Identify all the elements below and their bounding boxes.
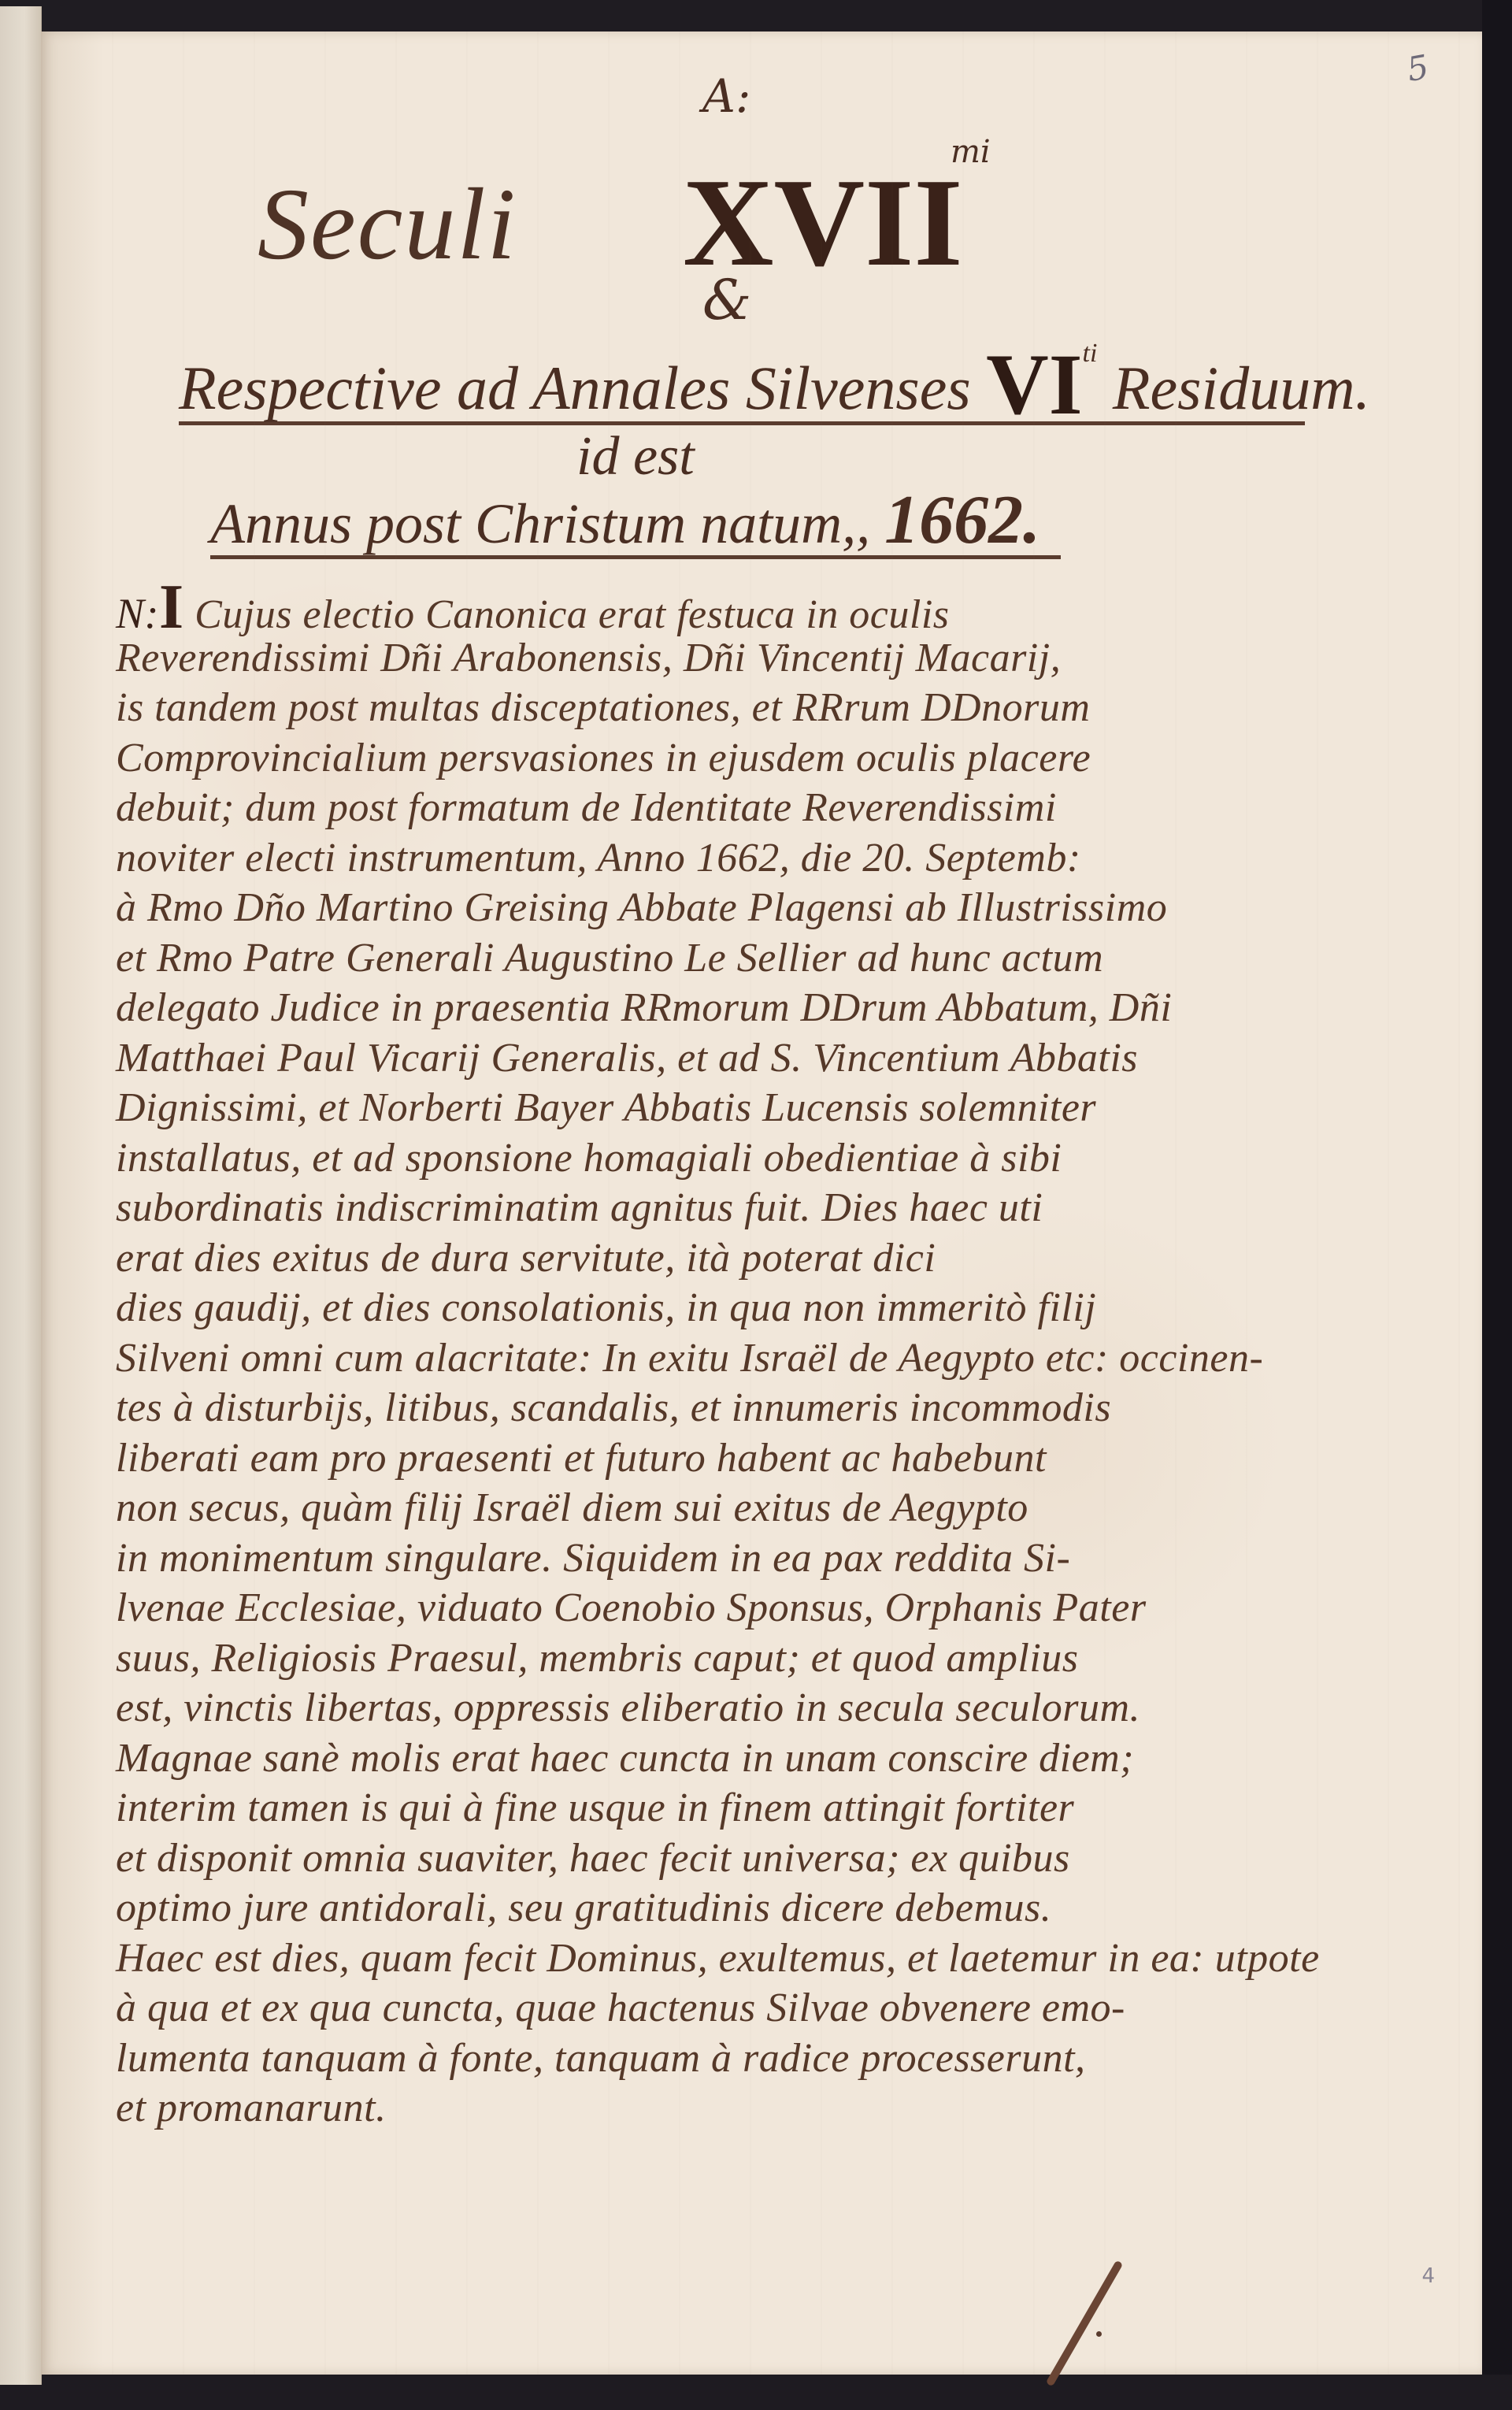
paragraph-marker: N: <box>116 590 159 637</box>
id-est: id est <box>576 425 695 488</box>
facing-page-edge <box>0 6 42 2385</box>
body-line: lvenae Ecclesiae, viduato Coenobio Spons… <box>116 1583 1344 1633</box>
year-line: Annus post Christum natum,, 1662. <box>210 480 1061 559</box>
title-word: Seculi <box>258 165 517 284</box>
closing-flourish-stroke <box>1046 2260 1124 2387</box>
body-line: dies gaudij, et dies consolationis, in q… <box>116 1283 1344 1333</box>
body-line: is tandem post multas disceptationes, et… <box>116 683 1344 733</box>
body-line: tes à disturbijs, litibus, scandalis, et… <box>116 1383 1344 1433</box>
anno-mark: A: <box>702 69 750 123</box>
body-line: Matthaei Paul Vicarij Generalis, et ad S… <box>116 1033 1344 1084</box>
folio-number: 5 <box>1404 47 1432 89</box>
title-superscript: mi <box>951 134 991 170</box>
body-line: Silveni omni cum alacritate: In exitu Is… <box>116 1333 1344 1384</box>
body-line: interim tamen is qui à fine usque in fin… <box>116 1783 1344 1833</box>
body-line: liberati eam pro praesenti et futuro hab… <box>116 1433 1344 1484</box>
body-line: Comprovincialium persvasiones in ejusdem… <box>116 733 1344 784</box>
subtitle-superscript: ti <box>1083 339 1098 368</box>
body-text: N:I Cujus electio Canonica erat festuca … <box>116 583 1344 2134</box>
body-line: est, vinctis libertas, oppressis elibera… <box>116 1683 1344 1733</box>
year: 1662. <box>884 482 1040 558</box>
body-line: et promanarunt. <box>116 2083 1344 2134</box>
body-line: in monimentum singulare. Siquidem in ea … <box>116 1533 1344 1584</box>
subtitle-post: Residuum. <box>1113 354 1370 422</box>
subtitle-pre: Respective ad Annales Silvenses <box>179 354 971 422</box>
body-line: N:I Cujus electio Canonica erat festuca … <box>116 583 1344 633</box>
year-line-text: Annus post Christum natum,, 1662. <box>210 480 1040 560</box>
dark-backdrop-bottom <box>0 2375 1512 2410</box>
paragraph-numeral: I <box>159 573 184 642</box>
dark-backdrop-top <box>0 0 1512 35</box>
body-line: à qua et ex qua cuncta, quae hactenus Si… <box>116 1983 1344 2034</box>
body-line: installatus, et ad sponsione homagiali o… <box>116 1133 1344 1184</box>
manuscript-page: 5 A: Seculi XVII mi & Respective ad Anna… <box>41 32 1482 2375</box>
paragraph-number: N:I <box>116 590 184 637</box>
body-line: noviter electi instrumentum, Anno 1662, … <box>116 833 1344 884</box>
subtitle: Respective ad Annales Silvenses VIti Res… <box>179 335 1305 425</box>
body-line: Haec est dies, quam fecit Dominus, exult… <box>116 1934 1344 1984</box>
body-line: Magnae sanè molis erat haec cuncta in un… <box>116 1733 1344 1784</box>
subtitle-roman-numeral: VI <box>986 336 1082 432</box>
body-line: et Rmo Patre Generali Augustino Le Selli… <box>116 933 1344 984</box>
ampersand: & <box>702 268 751 332</box>
body-line: debuit; dum post formatum de Identitate … <box>116 783 1344 833</box>
closing-flourish-dot <box>1096 2331 1102 2337</box>
line-text: Cujus electio Canonica erat festuca in o… <box>195 592 949 637</box>
body-line: subordinatis indiscriminatim agnitus fui… <box>116 1183 1344 1233</box>
bottom-pencil-mark: 4 <box>1421 2264 1435 2288</box>
annus-text: Annus post Christum natum <box>210 492 842 555</box>
body-line: à Rmo Dño Martino Greising Abbate Plagen… <box>116 883 1344 933</box>
subtitle-text: Respective ad Annales Silvenses VIti Res… <box>179 335 1370 435</box>
body-line: suus, Religiosis Praesul, membris caput;… <box>116 1633 1344 1684</box>
body-line: Dignissimi, et Norberti Bayer Abbatis Lu… <box>116 1083 1344 1133</box>
dark-backdrop-right <box>1482 0 1512 2410</box>
body-line: lumenta tanquam à fonte, tanquam à radic… <box>116 2034 1344 2084</box>
body-line: non secus, quàm filij Israël diem sui ex… <box>116 1483 1344 1533</box>
body-line: delegato Judice in praesentia RRmorum DD… <box>116 983 1344 1033</box>
body-line: erat dies exitus de dura servitute, ità … <box>116 1233 1344 1284</box>
body-line: Reverendissimi Dñi Arabonensis, Dñi Vinc… <box>116 633 1344 684</box>
body-line: optimo jure antidorali, seu gratitudinis… <box>116 1883 1344 1934</box>
body-line: et disponit omnia suaviter, haec fecit u… <box>116 1833 1344 1884</box>
